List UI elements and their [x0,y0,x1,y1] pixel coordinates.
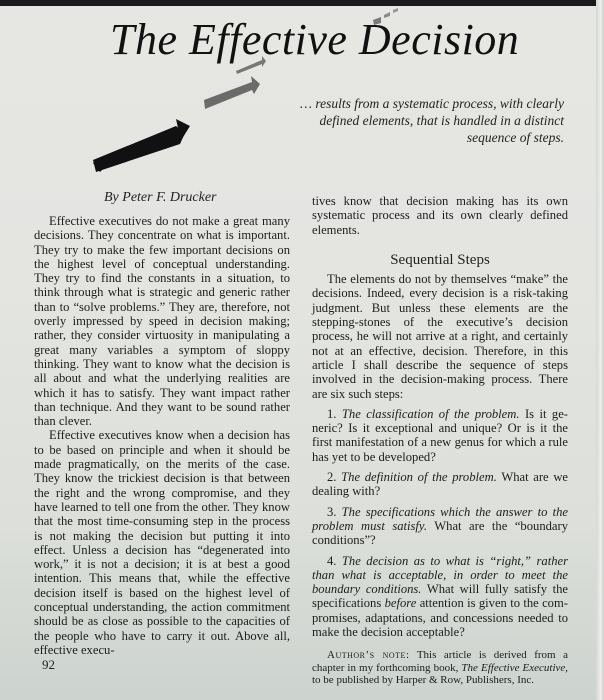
book-title: The Effective Executive [461,662,565,674]
arrow-tiny-gray-icon [373,8,398,25]
continuation-paragraph: tives know that decision making has its … [312,194,568,237]
step-number: 3. [327,505,336,519]
step-heading: The definition of the problem. [341,470,497,484]
step-item: 2. The definition of the problem. What a… [312,470,568,499]
step-text-emphasis: before [385,596,417,610]
step-item: 1. The classification of the problem. Is… [312,407,568,464]
arrow-small-gray-icon [236,56,266,74]
paragraph: Effective executives know when a decisio… [34,428,290,657]
left-column: Effective executives do not make a great… [34,214,290,657]
note-label: Author’s note: [327,649,410,661]
arrow-medium-gray-icon [204,76,260,109]
intro-paragraph: The elements do not by themselves “make”… [312,272,568,401]
article-deck: … results from a systematic process, wit… [276,95,564,146]
section-heading: Sequential Steps [312,253,568,267]
step-number: 2. [327,470,336,484]
byline: By Peter F. Drucker [104,190,216,206]
arrow-large-black-icon [93,119,190,172]
step-number: 1. [327,407,336,421]
step-heading: The classification of the problem. [342,407,520,421]
step-item: 3. The specifications which the answer t… [312,505,568,548]
page-number: 92 [42,657,55,673]
step-item: 4. The decision as to what is “right,” r… [312,554,568,640]
author-note: Author’s note: This article is derived f… [312,649,568,687]
step-number: 4. [327,554,336,568]
paragraph: Effective executives do not make a great… [34,214,290,428]
right-column: tives know that decision making has its … [312,194,568,687]
